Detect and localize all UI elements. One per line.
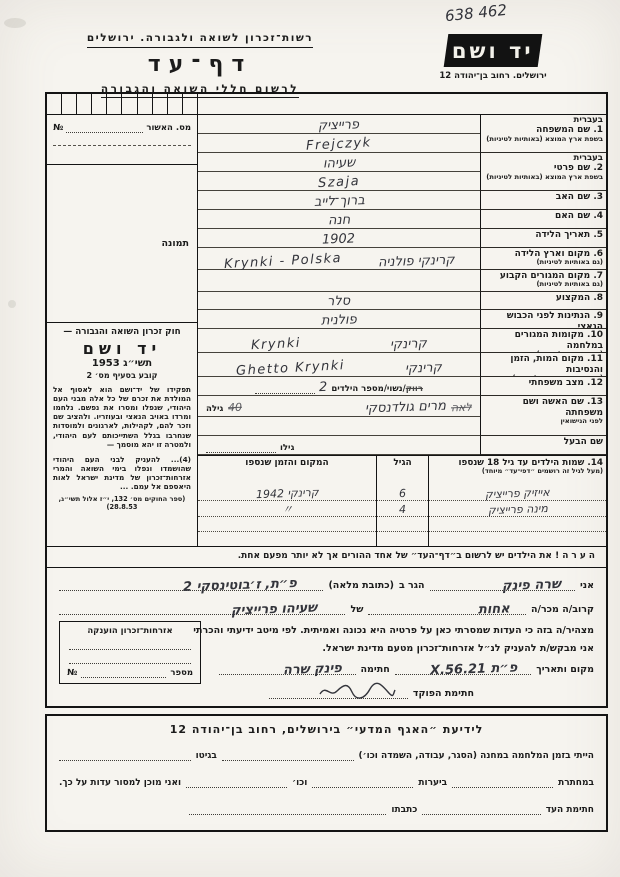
authority-line: רשות־זכרון לשואה ולגבורה. ירושלים <box>87 32 313 48</box>
hw-citizenship: פולנית <box>321 314 357 328</box>
science-title: לידיעת ״האגף המדעי״ בירושלים, רחוב בן־יה… <box>59 723 594 736</box>
id-box-cell <box>77 94 92 114</box>
forests-blank <box>312 775 413 788</box>
hw-family-name-latin: Frejczyk <box>306 136 372 152</box>
option-married: נשוי <box>387 384 403 394</box>
underground-label: במחתרת <box>558 778 594 788</box>
field-wartime-residences: 10. מקומות המגורים במלחמה (גם באותיות לט… <box>198 329 606 353</box>
place-date-blank: פ״ת 21.X.56 <box>395 661 532 675</box>
yad-vashem-logo: יד ושם <box>444 34 543 67</box>
etc-blank <box>186 775 287 788</box>
dotted-blank <box>69 639 191 650</box>
id-box-cell <box>92 94 107 114</box>
field-2-pre: בעברית <box>483 154 603 163</box>
numero-sign: № <box>67 668 77 678</box>
hw-child-age: 6 <box>399 488 406 499</box>
field-family-name: בעברית 1. שם המשפחה בשפת ארץ המוצא (באות… <box>198 115 606 153</box>
clerk-signature-blank <box>269 685 408 699</box>
dotted-blank <box>206 443 276 453</box>
hw-birth-place-hebrew: קרינקי פולניה <box>377 253 454 269</box>
relation-blank: אחות <box>368 601 526 615</box>
law-paragraph-2: (4)... להעניק לבני העם היהודי שהושמדו ונ… <box>53 455 191 491</box>
id-box-cell <box>168 94 183 114</box>
testimony-willing-label: ואני מוכן למסור עדות על כך. <box>59 778 181 788</box>
note-body: את הילדים יש לרשום ב״דף־העד״ של אחד ההור… <box>238 551 552 561</box>
fields-area: בעברית 1. שם המשפחה בשפת ארץ המוצא (באות… <box>198 115 606 546</box>
victim-name-blank: שעיהו פרייציק <box>59 601 345 615</box>
children-table-subnote: (מעל לגיל זה רושמים ״דפי־עד״ מיוחד) <box>432 468 603 475</box>
clerk-signature-scribble <box>318 682 396 700</box>
field-place-of-death: 11. מקום המות, הזמן והנסיבות (המקום גם ב… <box>198 353 606 377</box>
hw-child-name: אייזיק פרייציק <box>485 487 550 500</box>
dotted-blank <box>69 653 191 664</box>
hw-first-name-latin: Szaja <box>318 175 361 190</box>
declarant-address-blank: פ״ת, ז׳בוטינסקי 2 <box>59 577 323 591</box>
id-box-cell <box>122 94 137 114</box>
wife-age-label: גילה <box>206 404 223 414</box>
law-source: (ספר החוקים מס׳ 132, י״ז אלול תשי״ג, 28.… <box>53 495 191 511</box>
hw-wife-name: מרים גולדנסקי <box>365 400 446 416</box>
field-profession: 8. המקצוע סלר <box>198 292 606 311</box>
witness-address-label: כתבתו <box>391 805 417 815</box>
hw-child-place: קרינקי 1942 <box>256 487 319 500</box>
field-marital-status: 12. מצב משפחתי רווק/נשוי/מספר הילדים 2 <box>198 377 606 396</box>
form-title: דף־עד <box>45 52 355 77</box>
id-box-cell <box>153 94 168 114</box>
camp-label: הייתי בזמן המלחמה במחנה (הסגר, עבודה, הש… <box>359 751 595 761</box>
photo-label: תמונה <box>162 238 189 249</box>
logo-address: ירושלים. רחוב בן־יהודה 12 <box>418 71 568 81</box>
form-header: רשות־זכרון לשואה ולגבורה. ירושלים דף־עד … <box>45 26 355 98</box>
scanned-testimony-page: 462 638 רשות־זכרון לשואה ולגבורה. ירושלי… <box>0 0 620 877</box>
field-1-sub: בשפת ארץ המוצא (באותיות לטיניות) <box>483 136 603 143</box>
hw-wife-age-struck: 40 <box>228 402 242 413</box>
note-head: הערה! <box>555 551 598 561</box>
hw-death-place-latin: Ghetto Krynki <box>236 360 346 379</box>
etc-label: וכו׳ <box>292 778 307 788</box>
scan-smudge <box>4 18 26 28</box>
hw-family-name-hebrew: פרייציק <box>318 118 360 132</box>
hw-children-count: 2 <box>319 381 328 394</box>
camp-blank <box>222 748 354 761</box>
scan-smudge <box>8 300 16 308</box>
field-birth-date: 5. תאריך הלידה 1902 <box>198 229 606 248</box>
hw-father-name: ברוך־לייב <box>313 194 364 209</box>
field-birth-place: 6. מקום וארץ הלידה (גם באותיות לטיניות) … <box>198 248 606 270</box>
witness-address-blank <box>189 802 386 815</box>
law-name: יד ושם <box>53 339 191 358</box>
id-box-cell <box>138 94 153 114</box>
hw-victim-full-name: שעיהו פרייציק <box>231 602 317 618</box>
id-box-cell <box>183 94 197 114</box>
field-2-sub: בשפת ארץ המוצא (באותיות לטיניות) <box>483 174 603 181</box>
field-citizenship: 9. הנתינות לפני הכבוש הנאצי פולנית <box>198 310 606 329</box>
law-block: חוק זכרון השואה והגבורה — יד ושם תשי״ג 1… <box>47 323 197 546</box>
field-wife-name: 13. שם האשה ושם משפחתה לפני הנישואין לאה… <box>198 396 606 436</box>
hw-birth-place-latin: Krynki - Polska <box>224 251 343 270</box>
hw-declarant-name: שרה פינק <box>501 578 560 593</box>
law-paragraph-1: תפקידו של יד־ושם הוא לאסוף אל המולדת את … <box>53 385 191 449</box>
decl-i-label: אני <box>580 580 594 591</box>
decl-address-paren: (כתובת מלאה) <box>328 580 393 591</box>
logo-text: יד ושם <box>452 39 534 63</box>
hw-first-name-hebrew: שעיהו <box>323 156 356 170</box>
law-section: קובע בסעיף מס׳ 2 <box>53 371 191 380</box>
hw-struck-word: לאה <box>451 402 472 414</box>
option-single: רווק <box>406 384 423 394</box>
id-box-cells <box>47 94 198 114</box>
field-father-name: 3. שם האב ברוך־לייב <box>198 191 606 210</box>
certificate-number-label: מס. האשור <box>146 123 191 133</box>
ghetto-blank <box>59 748 191 761</box>
dotted-blank <box>81 667 166 678</box>
handwritten-reference-number: 462 638 <box>444 3 507 24</box>
hw-child-age: 4 <box>399 504 406 515</box>
left-column: מס. האשור № תמונה חוק זכרון השואה והגבור… <box>47 115 198 546</box>
children-table: 14. שמות הילדים עד גיל 18 שנספו (מעל לגי… <box>198 455 606 546</box>
id-box-cell <box>47 94 62 114</box>
place-date-label: מקום ותאריך <box>536 664 594 675</box>
field-husband-name: שם הבעל גילו <box>198 436 606 455</box>
dotted-blank <box>255 384 315 394</box>
hw-profession: סלר <box>327 295 351 309</box>
form-box: בעברית 1. שם המשפחה בשפת ארץ המוצא (באות… <box>45 92 608 708</box>
place-column-header: המקום והזמן שנספו <box>198 456 376 486</box>
children-count-label: מספר הילדים <box>331 384 384 394</box>
witness-signature-blank <box>422 802 540 815</box>
hw-child-name: מינה פרייציק <box>487 503 547 516</box>
hw-mother-name: חנה <box>328 213 351 227</box>
dotted-blank <box>66 123 143 133</box>
field-permanent-residence: 7. מקום המגורים הקבוע (גם באותיות לטיניו… <box>198 270 606 292</box>
hw-child-place: 〃 <box>281 503 292 514</box>
decl-of-label: של <box>350 604 363 615</box>
field-mother-name: 4. שם האם חנה <box>198 210 606 229</box>
citizenship-number-label: מספר <box>170 668 193 678</box>
signature-label: חתימה <box>361 664 390 675</box>
numero-sign: № <box>53 123 63 133</box>
forests-label: ביערות <box>418 778 447 788</box>
citizenship-granted-box: אזרחות־זכרון הוענקה מספר № <box>59 621 201 684</box>
hw-wartime-residence-latin: Krynki <box>251 337 302 353</box>
husband-age-label: גילו <box>280 443 294 453</box>
underground-blank <box>452 775 553 788</box>
photo-area: תמונה <box>47 165 197 323</box>
id-boxes-strip <box>47 94 606 115</box>
hw-birth-year: 1902 <box>322 232 356 246</box>
ghetto-label: בגיטו <box>196 751 217 761</box>
hw-wartime-residence-hebrew: קרינקי <box>390 338 427 352</box>
signature-blank: פינק שרה <box>219 661 356 675</box>
certificate-number-area: מס. האשור № <box>47 115 197 165</box>
hw-death-place-hebrew: קרינקי <box>405 362 442 376</box>
hw-declarant-signature: פינק שרה <box>283 662 342 677</box>
field-1-pre: בעברית <box>483 116 603 125</box>
law-intro: חוק זכרון השואה והגבורה — <box>53 327 191 337</box>
age-column-header: הגיל <box>377 456 428 486</box>
citizenship-box-title: אזרחות־זכרון הוענקה <box>67 626 193 636</box>
law-year: תשי״ג 1953 <box>53 358 191 369</box>
scientific-branch-section: לידיעת ״האגף המדעי״ בירושלים, רחוב בן־יה… <box>45 714 608 832</box>
hw-relation: אחות <box>478 602 510 616</box>
decl-relative-label: קרוב/ה מכר/ה <box>531 604 594 615</box>
field-first-name: בעברית 2. שם פרטי בשפת ארץ המוצא (באותיו… <box>198 153 606 191</box>
hw-declarant-address: פ״ת, ז׳בוטינסקי 2 <box>183 577 297 594</box>
id-box-cell <box>107 94 122 114</box>
witness-signature-label: חתימת העד <box>546 805 594 815</box>
id-box-cell <box>62 94 77 114</box>
declaration-section: אני שרה פינק הגר ב (כתובת מלאה) פ״ת, ז׳ב… <box>47 568 606 706</box>
decl-resident-label: הגר ב <box>399 580 425 591</box>
clerk-signature-label: חתימת הפוקד <box>413 688 474 699</box>
hw-place-date: פ״ת 21.X.56 <box>430 661 518 677</box>
declarant-name-blank: שרה פינק <box>430 577 575 591</box>
children-note: הערה! את הילדים יש לרשום ב״דף־העד״ של אח… <box>47 546 606 568</box>
